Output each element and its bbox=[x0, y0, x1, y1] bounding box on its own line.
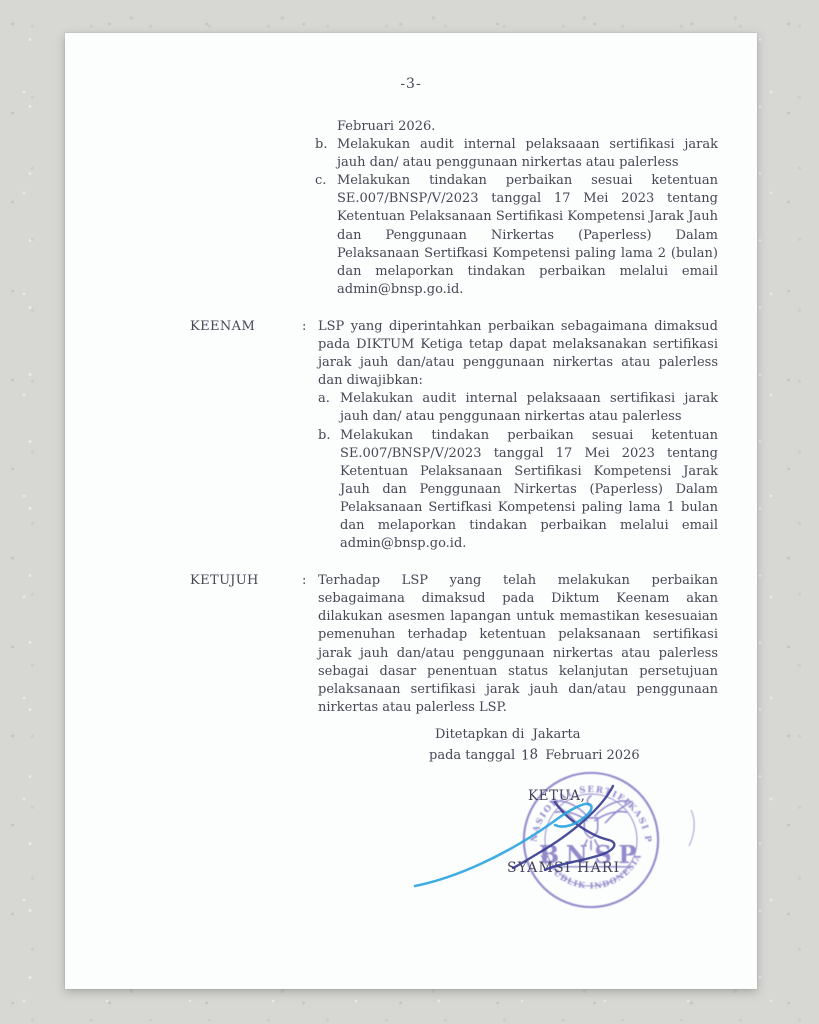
clause-colon: : bbox=[302, 318, 318, 553]
document-page: -3- Februari 2026. b. Melakukan audit in… bbox=[65, 33, 757, 989]
clause-body: LSP yang diperintahkan perbaikan sebagai… bbox=[318, 318, 718, 553]
list-item: b. Melakukan tindakan perbaikan sesuai k… bbox=[318, 427, 718, 554]
clause-keenam: KEENAM : LSP yang diperintahkan perbaika… bbox=[190, 318, 718, 553]
clause-ketujuh: KETUJUH : Terhadap LSP yang telah melaku… bbox=[190, 572, 718, 717]
closing-block: Ditetapkan di Jakarta pada tanggal18Febr… bbox=[429, 724, 757, 767]
item-text: Melakukan tindakan perbaikan sesuai kete… bbox=[337, 172, 718, 299]
closing-date-rest: Februari 2026 bbox=[545, 748, 639, 763]
page-number: -3- bbox=[65, 33, 757, 92]
item-marker: a. bbox=[318, 390, 340, 426]
date-day-handwritten: 18 bbox=[521, 744, 538, 768]
signature-block: BADAN NASIONAL SERTIFIKASI PROFESI ★ REP… bbox=[405, 776, 705, 976]
closing-date-prefix: pada tanggal bbox=[429, 748, 515, 763]
item-marker: b. bbox=[315, 136, 337, 172]
clause-label: KEENAM bbox=[190, 318, 302, 553]
item-marker: c. bbox=[315, 172, 337, 299]
item-text: Melakukan audit internal pelaksaaan sert… bbox=[337, 136, 718, 172]
list-item: a. Melakukan audit internal pelaksaaan s… bbox=[318, 390, 718, 426]
signatory-name: SYAMSI HARI bbox=[507, 860, 620, 876]
closing-date-line: pada tanggal18Februari 2026 bbox=[429, 745, 757, 767]
signature-title: KETUA, bbox=[528, 788, 586, 804]
list-item: c. Melakukan tindakan perbaikan sesuai k… bbox=[315, 172, 718, 299]
closing-place-line: Ditetapkan di Jakarta bbox=[435, 724, 757, 746]
stamp-smudge bbox=[689, 810, 694, 846]
clause-intro: LSP yang diperintahkan perbaikan sebagai… bbox=[318, 318, 718, 390]
continuation-block: Februari 2026. b. Melakukan audit intern… bbox=[315, 118, 718, 299]
clause-intro: Terhadap LSP yang telah melakukan perbai… bbox=[318, 572, 718, 717]
clause-body: Terhadap LSP yang telah melakukan perbai… bbox=[318, 572, 718, 717]
document-body: Februari 2026. b. Melakukan audit intern… bbox=[190, 118, 718, 717]
item-text: Melakukan audit internal pelaksaaan sert… bbox=[340, 390, 718, 426]
clause-colon: : bbox=[302, 572, 318, 717]
continuation-line: Februari 2026. bbox=[337, 118, 718, 136]
item-marker: b. bbox=[318, 427, 340, 554]
list-item: b. Melakukan audit internal pelaksaaan s… bbox=[315, 136, 718, 172]
clause-label: KETUJUH bbox=[190, 572, 302, 717]
item-text: Melakukan tindakan perbaikan sesuai kete… bbox=[340, 427, 718, 554]
